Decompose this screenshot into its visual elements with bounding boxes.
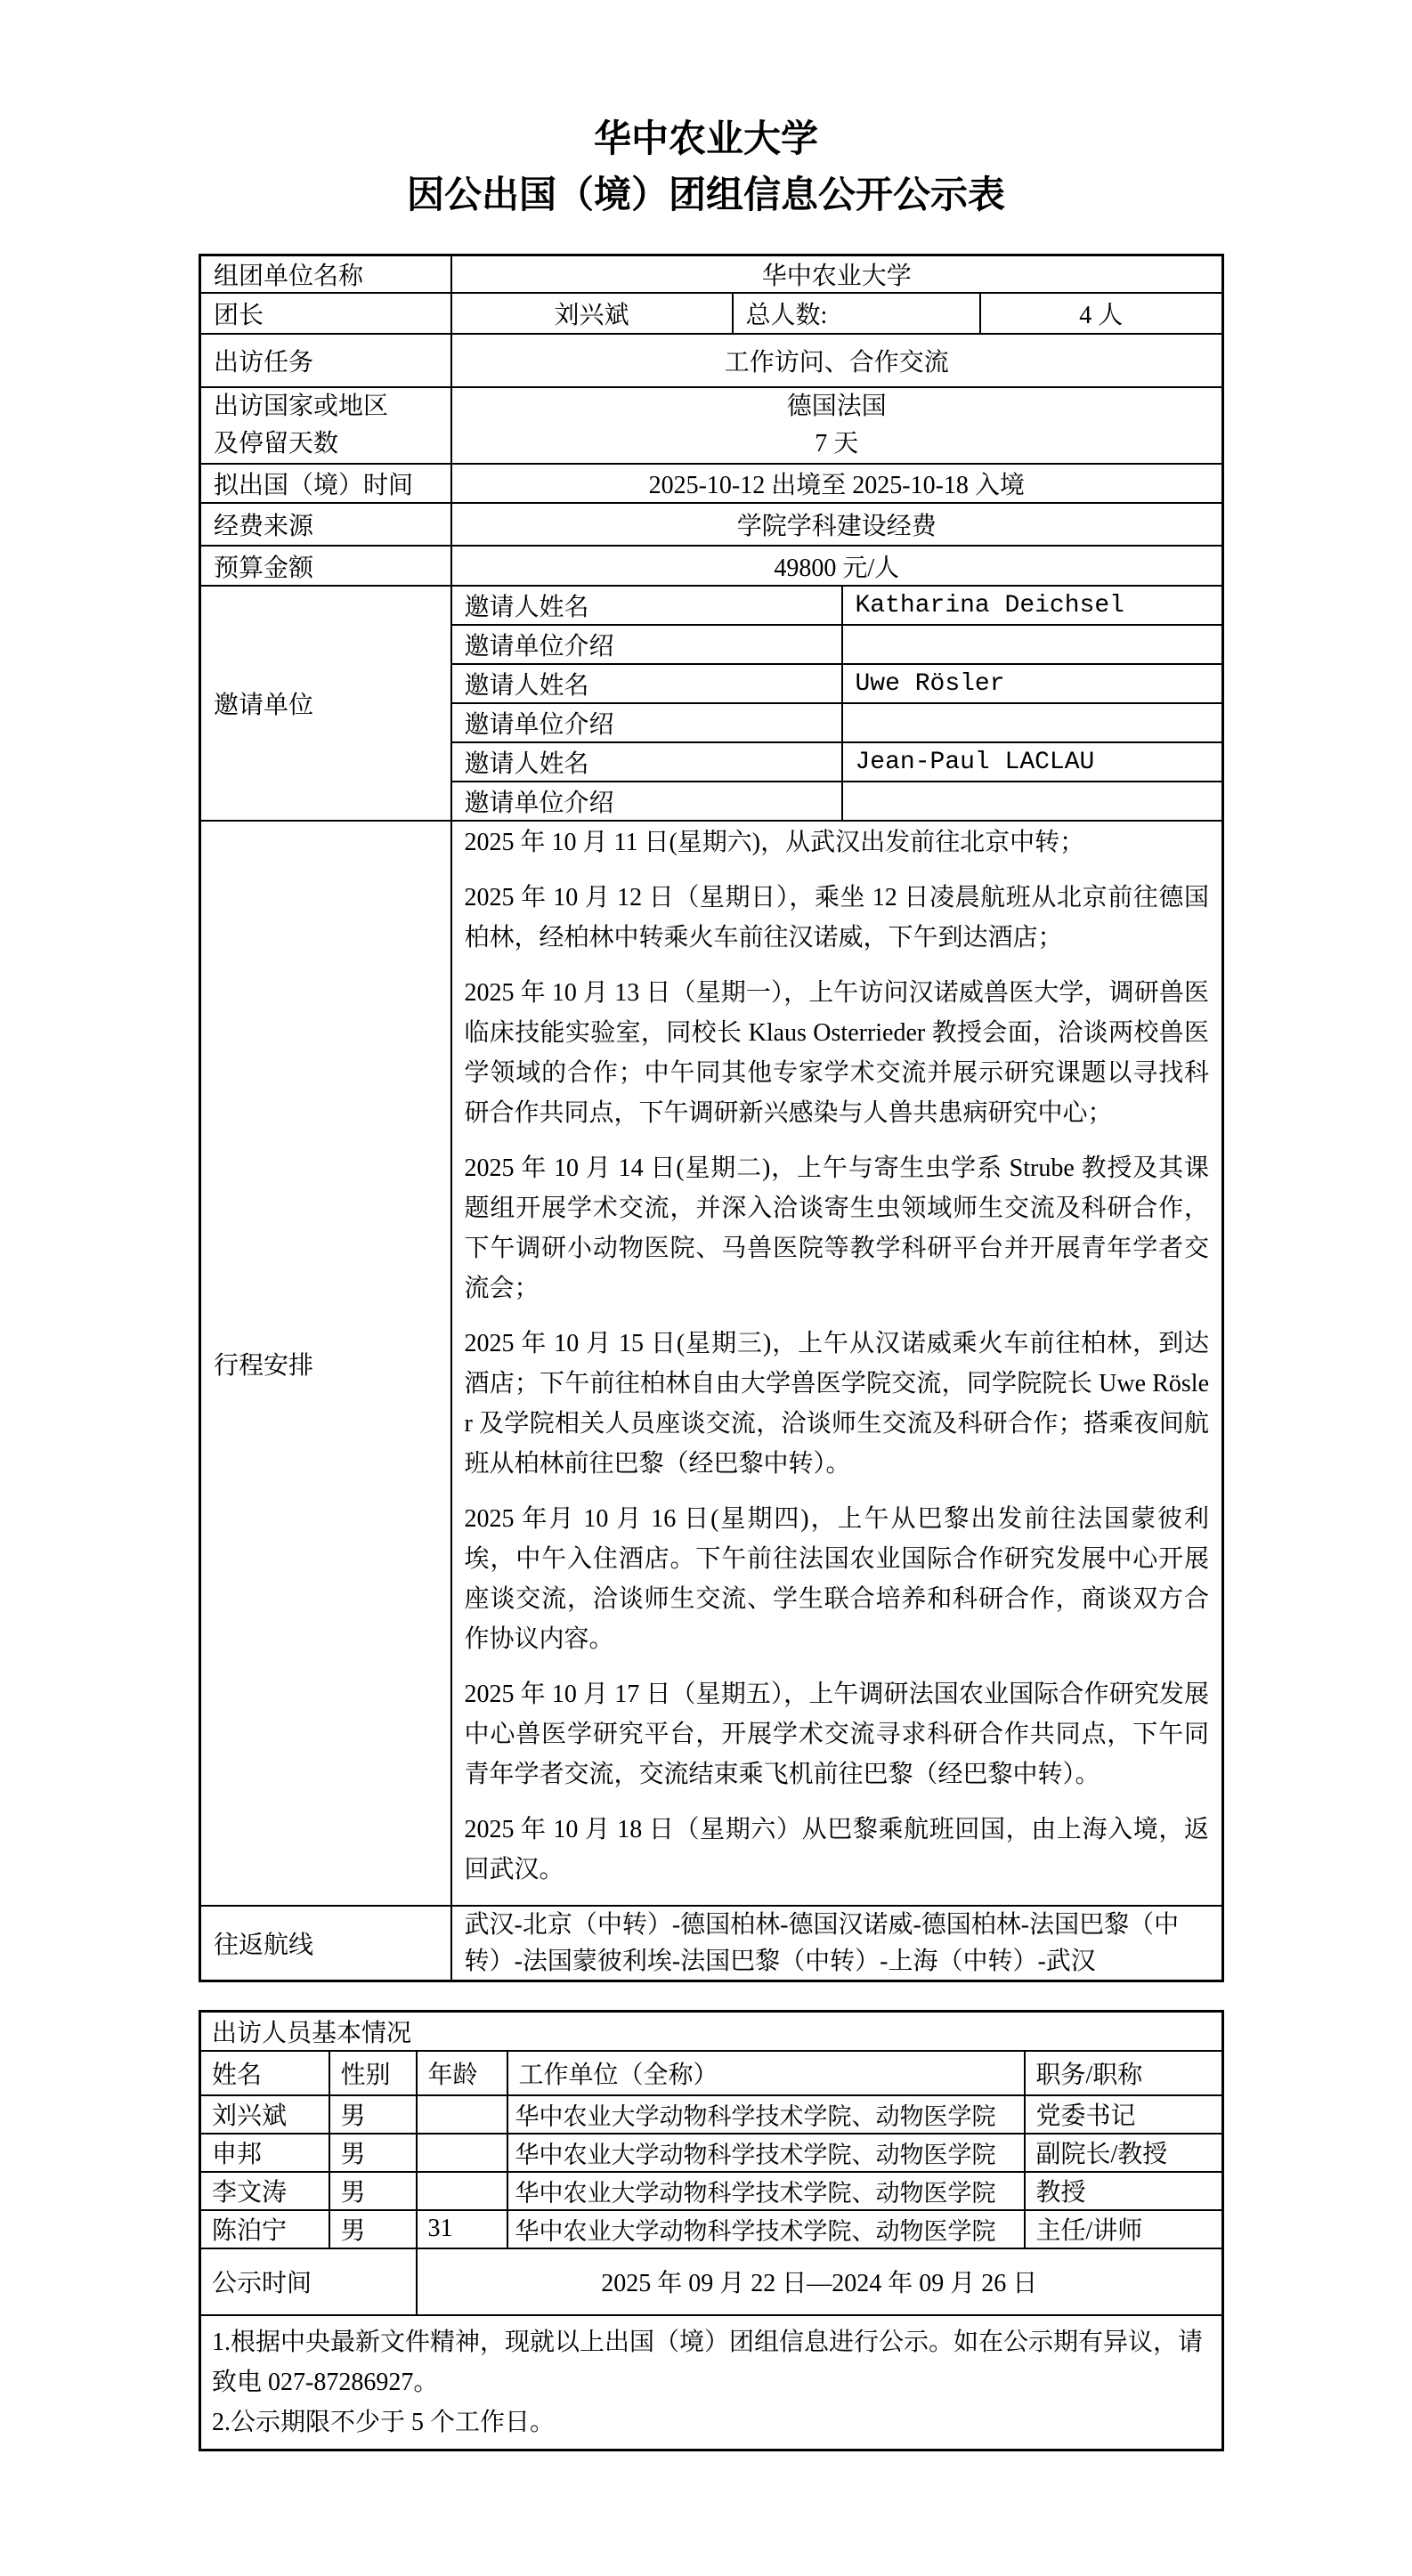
person-age: 31 (417, 2210, 507, 2248)
person-title: 教授 (1025, 2172, 1223, 2210)
funding-value: 学院学科建设经费 (451, 503, 1223, 546)
header-title: 职务/职称 (1025, 2051, 1223, 2095)
document-title: 华中农业大学 因公出国（境）团组信息公开公示表 (0, 0, 1412, 224)
person-age (417, 2172, 507, 2210)
header-age: 年龄 (417, 2051, 507, 2095)
notes-cell: 1.根据中央最新文件精神，现就以上出国（境）团组信息进行公示。如在公示期有异议，… (200, 2315, 1223, 2450)
person-gender: 男 (329, 2134, 417, 2172)
mission-label: 出访任务 (200, 334, 451, 387)
inviter-name-value-3: Jean-Paul LACLAU (842, 742, 1223, 782)
person-age (417, 2095, 507, 2134)
stay-days-value: 7 天 (465, 425, 1210, 463)
note-2: 2.公示期限不少于 5 个工作日。 (212, 2402, 1211, 2442)
inviter-intro-value-3 (842, 782, 1223, 821)
budget-value: 49800 元/人 (451, 546, 1223, 586)
itinerary-day-8: 2025 年 10 月 18 日（星期六）从巴黎乘航班回国，由上海入境，返回武汉… (465, 1810, 1210, 1890)
itinerary-label: 行程安排 (200, 821, 451, 1906)
page-title-form-name: 因公出国（境）团组信息公开公示表 (0, 168, 1412, 224)
countries-value: 德国法国 (465, 388, 1210, 425)
person-gender: 男 (329, 2172, 417, 2210)
page-title-university: 华中农业大学 (0, 112, 1412, 168)
person-title: 副院长/教授 (1025, 2134, 1223, 2172)
inviter-name-label-3: 邀请人姓名 (451, 742, 842, 782)
header-gender: 性别 (329, 2051, 417, 2095)
inviter-intro-label-3: 邀请单位介绍 (451, 782, 842, 821)
person-age (417, 2134, 507, 2172)
personnel-row: 申邦 男 华中农业大学动物科学技术学院、动物医学院 副院长/教授 (200, 2134, 1223, 2172)
dates-value: 2025-10-12 出境至 2025-10-18 入境 (451, 464, 1223, 503)
personnel-row: 陈泊宁 男 31 华中农业大学动物科学技术学院、动物医学院 主任/讲师 (200, 2210, 1223, 2248)
person-gender: 男 (329, 2095, 417, 2134)
trip-info-table: 组团单位名称 华中农业大学 团长 刘兴斌 总人数: 4 人 出访任务 工作访问、… (199, 254, 1224, 1982)
itinerary-day-2: 2025 年 10 月 12 日（星期日），乘坐 12 日凌晨航班从北京前往德国… (465, 878, 1210, 958)
header-unit: 工作单位（全称） (507, 2051, 1025, 2095)
inviting-unit-label: 邀请单位 (200, 586, 451, 821)
person-unit: 华中农业大学动物科学技术学院、动物医学院 (507, 2172, 1025, 2210)
person-name: 刘兴斌 (200, 2095, 329, 2134)
itinerary-day-7: 2025 年 10 月 17 日（星期五），上午调研法国农业国际合作研究发展中心… (465, 1674, 1210, 1794)
person-name: 陈泊宁 (200, 2210, 329, 2248)
publicity-period-value: 2025 年 09 月 22 日—2024 年 09 月 26 日 (417, 2248, 1223, 2315)
itinerary-day-5: 2025 年 10 月 15 日(星期三)，上午从汉诺威乘火车前往柏林，到达酒店… (465, 1324, 1210, 1484)
itinerary-day-4: 2025 年 10 月 14 日(星期二)，上午与寄生虫学系 Strube 教授… (465, 1148, 1210, 1308)
inviter-name-value-1: Katharina Deichsel (842, 586, 1223, 625)
itinerary-content: 2025 年 10 月 11 日(星期六)，从武汉出发前往北京中转； 2025 … (451, 821, 1223, 1906)
note-1: 1.根据中央最新文件精神，现就以上出国（境）团组信息进行公示。如在公示期有异议，… (212, 2322, 1211, 2402)
countries-label: 出访国家或地区 及停留天数 (200, 387, 451, 464)
budget-label: 预算金额 (200, 546, 451, 586)
itinerary-day-1: 2025 年 10 月 11 日(星期六)，从武汉出发前往北京中转； (465, 822, 1210, 863)
inviter-name-label-1: 邀请人姓名 (451, 586, 842, 625)
person-unit: 华中农业大学动物科学技术学院、动物医学院 (507, 2210, 1025, 2248)
personnel-row: 刘兴斌 男 华中农业大学动物科学技术学院、动物医学院 党委书记 (200, 2095, 1223, 2134)
inviter-intro-label-1: 邀请单位介绍 (451, 625, 842, 664)
personnel-row: 李文涛 男 华中农业大学动物科学技术学院、动物医学院 教授 (200, 2172, 1223, 2210)
inviter-intro-value-2 (842, 703, 1223, 742)
inviter-intro-label-2: 邀请单位介绍 (451, 703, 842, 742)
personnel-section-title: 出访人员基本情况 (200, 2012, 1223, 2051)
publicity-period-label: 公示时间 (200, 2248, 417, 2315)
document-page: 华中农业大学 因公出国（境）团组信息公开公示表 组团单位名称 华中农业大学 团长… (0, 0, 1412, 2576)
inviter-intro-value-1 (842, 625, 1223, 664)
route-value: 武汉-北京（中转）-德国柏林-德国汉诺威-德国柏林-法国巴黎（中转）-法国蒙彼利… (451, 1906, 1223, 1981)
funding-label: 经费来源 (200, 503, 451, 546)
countries-value-cell: 德国法国 7 天 (451, 387, 1223, 464)
personnel-table: 出访人员基本情况 姓名 性别 年龄 工作单位（全称） 职务/职称 刘兴斌 男 华… (199, 2010, 1224, 2451)
person-gender: 男 (329, 2210, 417, 2248)
person-name: 李文涛 (200, 2172, 329, 2210)
person-title: 主任/讲师 (1025, 2210, 1223, 2248)
leader-label: 团长 (200, 293, 451, 334)
leader-value: 刘兴斌 (451, 293, 733, 334)
inviter-name-value-2: Uwe Rösler (842, 664, 1223, 703)
countries-label-line1: 出访国家或地区 (214, 388, 438, 425)
total-count-value: 4 人 (980, 293, 1223, 334)
group-unit-value: 华中农业大学 (451, 255, 1223, 294)
itinerary-day-3: 2025 年 10 月 13 日（星期一），上午访问汉诺威兽医大学，调研兽医临床… (465, 973, 1210, 1133)
inviter-name-label-2: 邀请人姓名 (451, 664, 842, 703)
person-unit: 华中农业大学动物科学技术学院、动物医学院 (507, 2095, 1025, 2134)
total-count-label: 总人数: (733, 293, 980, 334)
countries-label-line2: 及停留天数 (214, 425, 438, 463)
group-unit-label: 组团单位名称 (200, 255, 451, 294)
person-unit: 华中农业大学动物科学技术学院、动物医学院 (507, 2134, 1025, 2172)
person-name: 申邦 (200, 2134, 329, 2172)
route-label: 往返航线 (200, 1906, 451, 1981)
dates-label: 拟出国（境）时间 (200, 464, 451, 503)
mission-value: 工作访问、合作交流 (451, 334, 1223, 387)
itinerary-day-6: 2025 年月 10 月 16 日(星期四)，上午从巴黎出发前往法国蒙彼利埃，中… (465, 1499, 1210, 1659)
person-title: 党委书记 (1025, 2095, 1223, 2134)
header-name: 姓名 (200, 2051, 329, 2095)
